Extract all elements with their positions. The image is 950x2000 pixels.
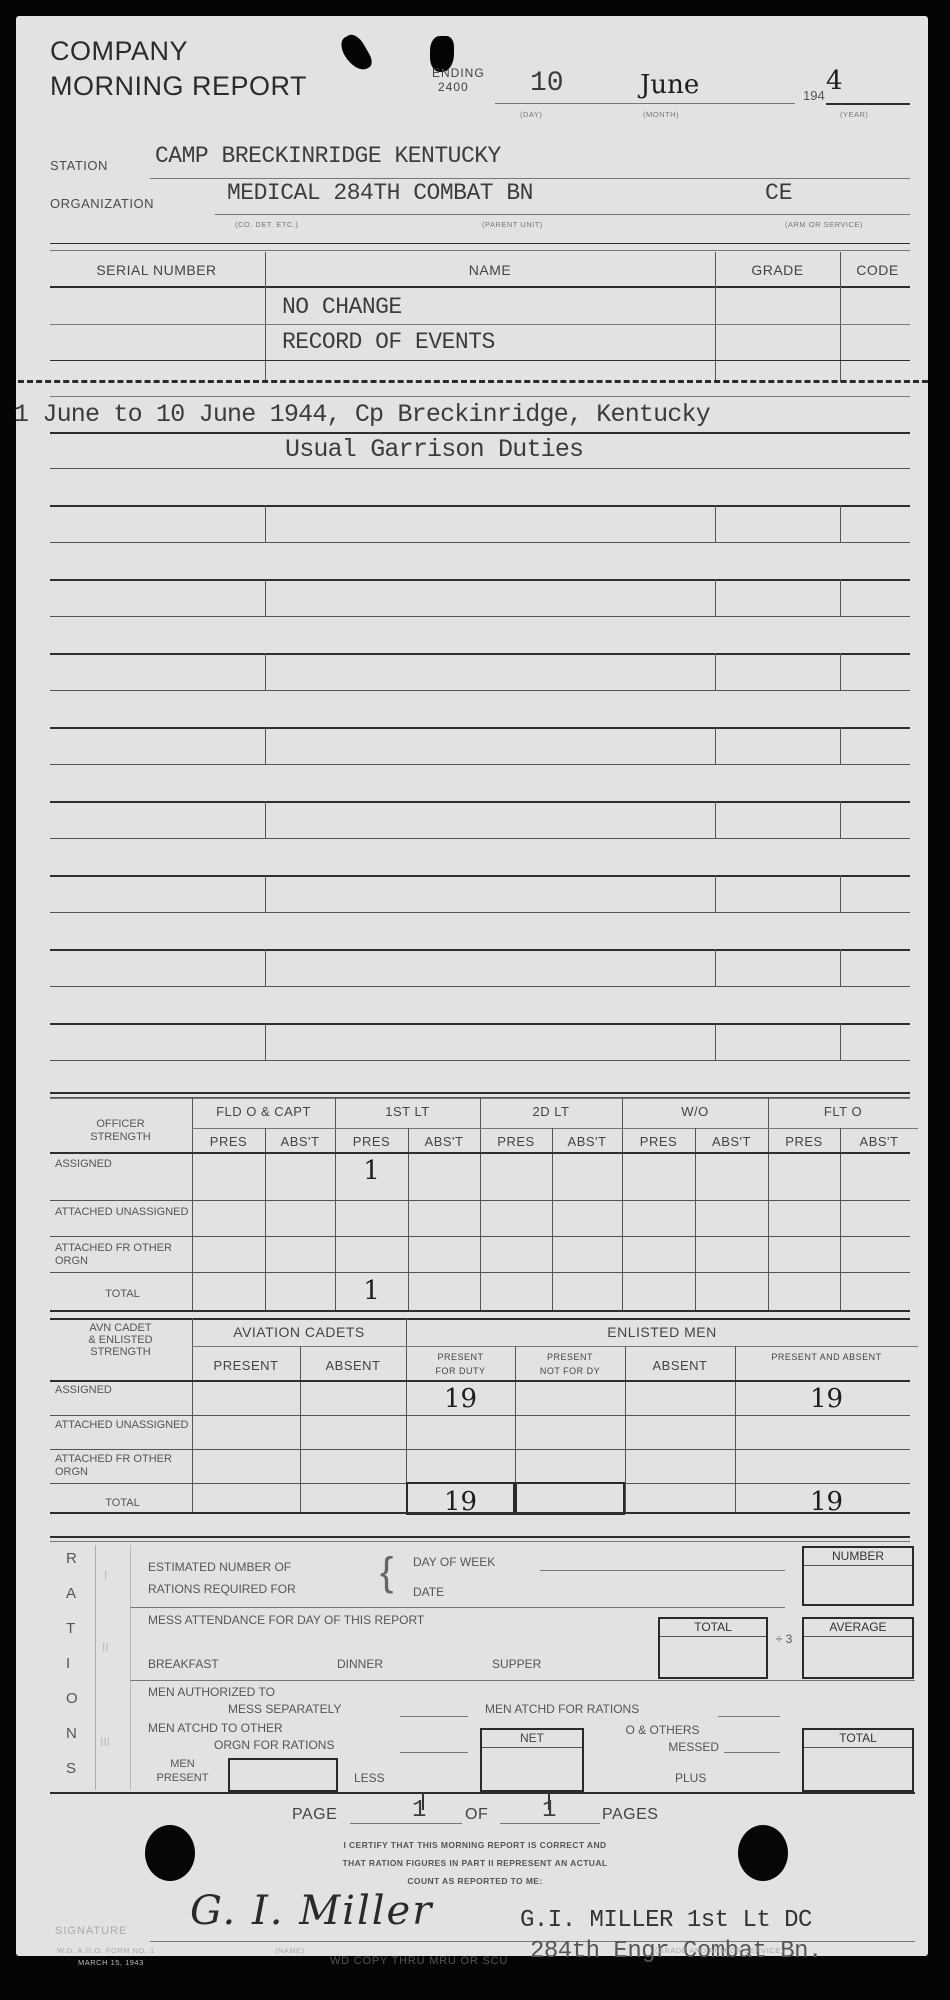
rations-letter: S xyxy=(66,1760,76,1777)
enlisted-top-rule xyxy=(50,1318,910,1320)
section-numeral: II xyxy=(102,1640,109,1654)
officer-cell[interactable]: 1 xyxy=(335,1156,408,1186)
mess-total-box[interactable]: TOTAL xyxy=(658,1617,768,1679)
column-divider xyxy=(715,1023,716,1060)
officer-group-header: W/O xyxy=(622,1104,768,1119)
officer-title-line1: OFFICER xyxy=(48,1118,193,1131)
organization-underline xyxy=(215,214,910,215)
perforation-dashed-line xyxy=(18,380,928,383)
column-divider xyxy=(192,1098,193,1310)
men-atchd-other-line1: MEN ATCHD TO OTHER xyxy=(148,1722,283,1735)
certification-text: I CERTIFY THAT THIS MORNING REPORT IS CO… xyxy=(240,1836,710,1890)
column-divider xyxy=(265,801,266,838)
officer-group-header: 2D LT xyxy=(480,1104,622,1119)
signer-typed-name[interactable]: G.I. MILLER 1st Lt DC xyxy=(520,1907,812,1934)
ruled-line xyxy=(50,949,910,951)
enlisted-subcol-header: PRESENT FOR DUTY xyxy=(406,1350,515,1378)
page-number[interactable]: 1 xyxy=(412,1797,426,1824)
ruled-line xyxy=(50,1060,910,1061)
column-divider xyxy=(265,949,266,986)
organization-label: ORGANIZATION xyxy=(50,196,154,211)
organization-value[interactable]: MEDICAL 284TH COMBAT BN xyxy=(227,180,533,206)
col-header-name: NAME xyxy=(265,262,715,278)
column-divider xyxy=(840,727,841,764)
event-line-1[interactable]: 1 June to 10 June 1944, Cp Breckinridge,… xyxy=(14,400,710,429)
form-title-line1: COMPANY xyxy=(50,35,188,67)
enlisted-title-line3: STRENGTH xyxy=(48,1346,193,1358)
roster-entry[interactable]: RECORD OF EVENTS xyxy=(282,329,495,355)
officer-subcol-header: PRES xyxy=(622,1134,695,1149)
column-divider xyxy=(265,653,266,690)
station-underline xyxy=(150,178,910,179)
column-divider xyxy=(715,653,716,690)
report-month[interactable]: June xyxy=(640,70,699,100)
ruled-line xyxy=(50,875,910,877)
ending-time: 2400 xyxy=(432,80,485,94)
men-present-label: MEN PRESENT xyxy=(140,1757,225,1785)
form-number: W.D. A.G.O. FORM NO. 1 xyxy=(57,1946,155,1955)
column-divider xyxy=(840,1023,841,1060)
ruled-line xyxy=(50,468,910,469)
subheader-rule xyxy=(192,1128,918,1129)
officer-subcol-header: ABS'T xyxy=(695,1134,768,1149)
ruled-line xyxy=(50,838,910,839)
rations-letter: T xyxy=(66,1620,75,1637)
of-label: OF xyxy=(465,1806,488,1824)
day-of-week-label: DAY OF WEEK xyxy=(413,1556,495,1569)
enlisted-strength-title: AVN CADET & ENLISTED STRENGTH xyxy=(48,1322,193,1358)
total-box xyxy=(515,1482,625,1515)
total-box xyxy=(406,1482,515,1515)
ruled-line xyxy=(50,653,910,655)
enlisted-row-label: ATTACHED FR OTHER ORGN xyxy=(55,1453,190,1479)
row-rule xyxy=(50,1415,910,1416)
enlisted-row-label: TOTAL xyxy=(55,1497,190,1510)
row-rule xyxy=(50,1236,910,1237)
event-line-2[interactable]: Usual Garrison Duties xyxy=(285,435,583,464)
column-divider xyxy=(840,1128,841,1310)
officer-row-label: ASSIGNED xyxy=(55,1158,190,1171)
roster-divider xyxy=(840,252,841,382)
punch-hole-right xyxy=(738,1825,788,1881)
estimated-line1: ESTIMATED NUMBER OF xyxy=(148,1556,296,1578)
rations-letter: I xyxy=(66,1655,70,1672)
column-divider xyxy=(265,1128,266,1310)
co-caption: (CO. DET. ETC.) xyxy=(235,220,298,229)
form-date: MARCH 15, 1943 xyxy=(78,1958,144,1967)
report-year-digit[interactable]: 4 xyxy=(826,66,843,96)
grade-caption: (GRADE AND ARM OR SERVICE) xyxy=(655,1946,784,1955)
mess-separately-field[interactable] xyxy=(400,1716,468,1717)
officer-subcol-header: PRES xyxy=(192,1134,265,1149)
column-divider xyxy=(715,801,716,838)
men-atchd-other-line2: ORGN FOR RATIONS xyxy=(214,1739,334,1752)
column-divider xyxy=(265,875,266,912)
officer-cell[interactable]: 1 xyxy=(335,1276,408,1306)
less-label: LESS xyxy=(354,1772,385,1785)
ruled-line xyxy=(50,1023,910,1025)
page-total[interactable]: 1 xyxy=(542,1797,556,1824)
column-divider xyxy=(715,579,716,616)
rations-divider xyxy=(130,1545,131,1790)
ending-label-text: ENDING xyxy=(432,66,485,80)
column-divider xyxy=(695,1128,696,1310)
rations-letter: A xyxy=(66,1585,76,1602)
estimated-line2: RATIONS REQUIRED FOR xyxy=(148,1578,296,1600)
column-divider xyxy=(840,653,841,690)
date-label: DATE xyxy=(413,1586,444,1599)
men-authorized-line2: MESS SEPARATELY xyxy=(228,1703,341,1716)
roster-row-rule xyxy=(50,324,910,325)
officer-subcol-header: ABS'T xyxy=(840,1134,918,1149)
ruled-line xyxy=(50,505,910,507)
o-others-line2: MESSED xyxy=(600,1739,725,1756)
events-rule xyxy=(50,432,910,434)
o-others-messed-field[interactable] xyxy=(724,1752,780,1753)
station-value[interactable]: CAMP BRECKINRIDGE KENTUCKY xyxy=(155,143,501,169)
net-label: NET xyxy=(482,1730,582,1748)
men-authorized-line1: MEN AUTHORIZED TO xyxy=(148,1686,275,1699)
column-divider xyxy=(840,505,841,542)
enlisted-cell[interactable]: 19 xyxy=(406,1384,515,1414)
ruled-line xyxy=(50,764,910,765)
date-underline xyxy=(495,103,795,104)
rations-letter: R xyxy=(66,1550,77,1567)
roster-row-rule xyxy=(50,360,910,361)
officer-top-rule xyxy=(50,1092,910,1094)
column-divider xyxy=(480,1098,481,1310)
handwritten-signature[interactable]: G. I. Miller xyxy=(190,1888,433,1934)
certify-line2: THAT RATION FIGURES IN PART II REPRESENT… xyxy=(240,1854,710,1872)
column-divider xyxy=(840,579,841,616)
name-caption: (NAME) xyxy=(275,1946,305,1955)
column-divider xyxy=(408,1128,409,1310)
roster-entry[interactable]: NO CHANGE xyxy=(282,294,402,320)
report-day[interactable]: 10 xyxy=(530,68,564,99)
column-divider xyxy=(715,875,716,912)
officer-group-header: FLT O xyxy=(768,1104,918,1119)
supper-label: SUPPER xyxy=(492,1658,541,1671)
day-of-week-field[interactable] xyxy=(540,1570,785,1571)
row-rule xyxy=(50,1310,910,1312)
officer-subcol-header: ABS'T xyxy=(265,1134,335,1149)
rations-letter: N xyxy=(66,1725,77,1742)
officer-subcol-header: ABS'T xyxy=(552,1134,622,1149)
officer-group-header: 1ST LT xyxy=(335,1104,480,1119)
column-divider xyxy=(840,875,841,912)
col-header-grade: GRADE xyxy=(715,262,840,278)
enlisted-row-label: ATTACHED UNASSIGNED xyxy=(55,1419,190,1432)
form-title-line2: MORNING REPORT xyxy=(50,70,307,102)
signature-label: SIGNATURE xyxy=(55,1925,127,1937)
arm-caption: (ARM OR SERVICE) xyxy=(785,220,863,229)
mess-attendance-label: MESS ATTENDANCE FOR DAY OF THIS REPORT xyxy=(148,1614,424,1627)
column-divider xyxy=(768,1098,769,1310)
officer-row-label: TOTAL xyxy=(55,1288,190,1301)
year-prefix: 194 xyxy=(803,88,825,103)
section-numeral: I xyxy=(104,1568,107,1582)
row-rule xyxy=(50,1152,910,1154)
ruled-line xyxy=(50,542,910,543)
men-present-line1: MEN xyxy=(140,1757,225,1771)
parent-caption: (PARENT UNIT) xyxy=(482,220,543,229)
roster-divider xyxy=(265,252,266,382)
copy-note: WD COPY THRU MRU OR SCU xyxy=(330,1955,508,1967)
estimated-rations-label: ESTIMATED NUMBER OF RATIONS REQUIRED FOR xyxy=(148,1556,296,1600)
men-atchd-rations-field[interactable] xyxy=(718,1716,780,1717)
page-number-underline xyxy=(350,1823,462,1824)
ending-label: ENDING 2400 xyxy=(432,66,485,94)
rations-bottom-rule xyxy=(50,1792,915,1794)
certify-line1: I CERTIFY THAT THIS MORNING REPORT IS CO… xyxy=(240,1836,710,1854)
roster-divider xyxy=(715,252,716,382)
roster-top-rule xyxy=(50,243,910,244)
column-divider xyxy=(265,505,266,542)
enlisted-cell[interactable]: 19 xyxy=(735,1384,918,1414)
enlisted-title-line1: AVN CADET xyxy=(48,1322,193,1334)
officer-subcol-header: PRES xyxy=(335,1134,408,1149)
dinner-label: DINNER xyxy=(337,1658,383,1671)
row-rule xyxy=(50,1272,910,1273)
officer-subcol-header: PRES xyxy=(768,1134,840,1149)
rations-top-rule xyxy=(50,1536,910,1538)
enlisted-title-line2: & ENLISTED xyxy=(48,1334,193,1346)
enlisted-subcol-header: PRESENT AND ABSENT xyxy=(735,1350,918,1364)
plus-label: PLUS xyxy=(675,1772,706,1785)
day-caption: (DAY) xyxy=(520,110,542,119)
column-divider xyxy=(265,1023,266,1060)
ruled-line xyxy=(50,986,910,987)
enlisted-row-label: ASSIGNED xyxy=(55,1384,190,1397)
officer-title-line2: STRENGTH xyxy=(48,1131,193,1144)
ruled-line xyxy=(50,616,910,617)
column-divider xyxy=(715,505,716,542)
average-box[interactable]: AVERAGE xyxy=(802,1617,914,1679)
station-label: STATION xyxy=(50,158,108,173)
col-header-code: CODE xyxy=(840,262,915,278)
brace: { xyxy=(380,1552,393,1592)
number-box-label: NUMBER xyxy=(804,1548,912,1566)
column-divider xyxy=(840,949,841,986)
enlisted-men-header: ENLISTED MEN xyxy=(406,1324,918,1340)
officer-row-label: ATTACHED FR OTHER ORGN xyxy=(55,1242,190,1268)
men-present-box[interactable] xyxy=(228,1758,338,1792)
column-divider xyxy=(622,1098,623,1310)
column-divider xyxy=(715,727,716,764)
net-box[interactable]: NET xyxy=(480,1728,584,1792)
organization-arm[interactable]: CE xyxy=(765,180,793,206)
roster-top-rule-2 xyxy=(50,250,910,251)
orgn-for-rations-field[interactable] xyxy=(400,1752,468,1753)
mess-total-label: TOTAL xyxy=(660,1619,766,1637)
punch-hole-left xyxy=(145,1825,195,1881)
enlisted-subcol-header: ABSENT xyxy=(300,1358,406,1374)
officer-strength-title: OFFICER STRENGTH xyxy=(48,1118,193,1144)
col-header-serial: SERIAL NUMBER xyxy=(48,262,265,278)
column-divider xyxy=(265,579,266,616)
row-rule xyxy=(50,1512,910,1514)
officer-subcol-header: ABS'T xyxy=(408,1134,480,1149)
year-caption: (YEAR) xyxy=(840,110,868,119)
o-others-messed-label: O & OTHERS MESSED xyxy=(600,1722,725,1756)
row-rule xyxy=(50,1200,910,1201)
rations-letter: O xyxy=(66,1690,78,1707)
officer-group-header: FLD O & CAPT xyxy=(192,1104,335,1119)
aviation-cadets-header: AVIATION CADETS xyxy=(193,1324,405,1340)
number-box[interactable]: NUMBER xyxy=(802,1546,914,1606)
breakfast-label: BREAKFAST xyxy=(148,1658,219,1671)
year-underline xyxy=(826,103,910,105)
events-top-rule xyxy=(50,396,910,397)
rations-top-rule-2 xyxy=(50,1541,910,1542)
men-present-line2: PRESENT xyxy=(140,1771,225,1785)
rations-section-rule xyxy=(130,1680,915,1681)
rations-divider xyxy=(95,1545,96,1790)
column-divider xyxy=(715,949,716,986)
section-numeral: III xyxy=(100,1735,110,1749)
column-divider xyxy=(552,1128,553,1310)
o-others-line1: O & OTHERS xyxy=(600,1722,725,1739)
men-atchd-rations-label: MEN ATCHD FOR RATIONS xyxy=(485,1703,639,1716)
row-rule xyxy=(50,1380,910,1382)
column-divider xyxy=(840,801,841,838)
enlisted-subcol-header: PRESENT xyxy=(192,1358,300,1374)
enlisted-subcol-header: ABSENT xyxy=(625,1358,735,1374)
month-caption: (MONTH) xyxy=(643,110,679,119)
roster-header-rule xyxy=(50,286,910,288)
page-label: PAGE xyxy=(292,1806,337,1824)
rations-total-label: TOTAL xyxy=(804,1730,912,1748)
pages-label: PAGES xyxy=(602,1806,658,1824)
ruled-line xyxy=(50,801,910,803)
column-divider xyxy=(265,727,266,764)
ruled-line xyxy=(50,912,910,913)
rations-total-box[interactable]: TOTAL xyxy=(802,1728,914,1792)
enlisted-subcol-header: PRESENT NOT FOR DY xyxy=(515,1350,625,1378)
average-label: AVERAGE xyxy=(804,1619,912,1637)
rations-section-rule xyxy=(130,1607,785,1608)
ruled-line xyxy=(50,727,910,729)
divide-by-three: ÷ 3 xyxy=(774,1630,794,1648)
ruled-line xyxy=(50,690,910,691)
ruled-line xyxy=(50,579,910,581)
officer-row-label: ATTACHED UNASSIGNED xyxy=(55,1206,190,1219)
row-rule xyxy=(50,1449,910,1450)
officer-subcol-header: PRES xyxy=(480,1134,552,1149)
